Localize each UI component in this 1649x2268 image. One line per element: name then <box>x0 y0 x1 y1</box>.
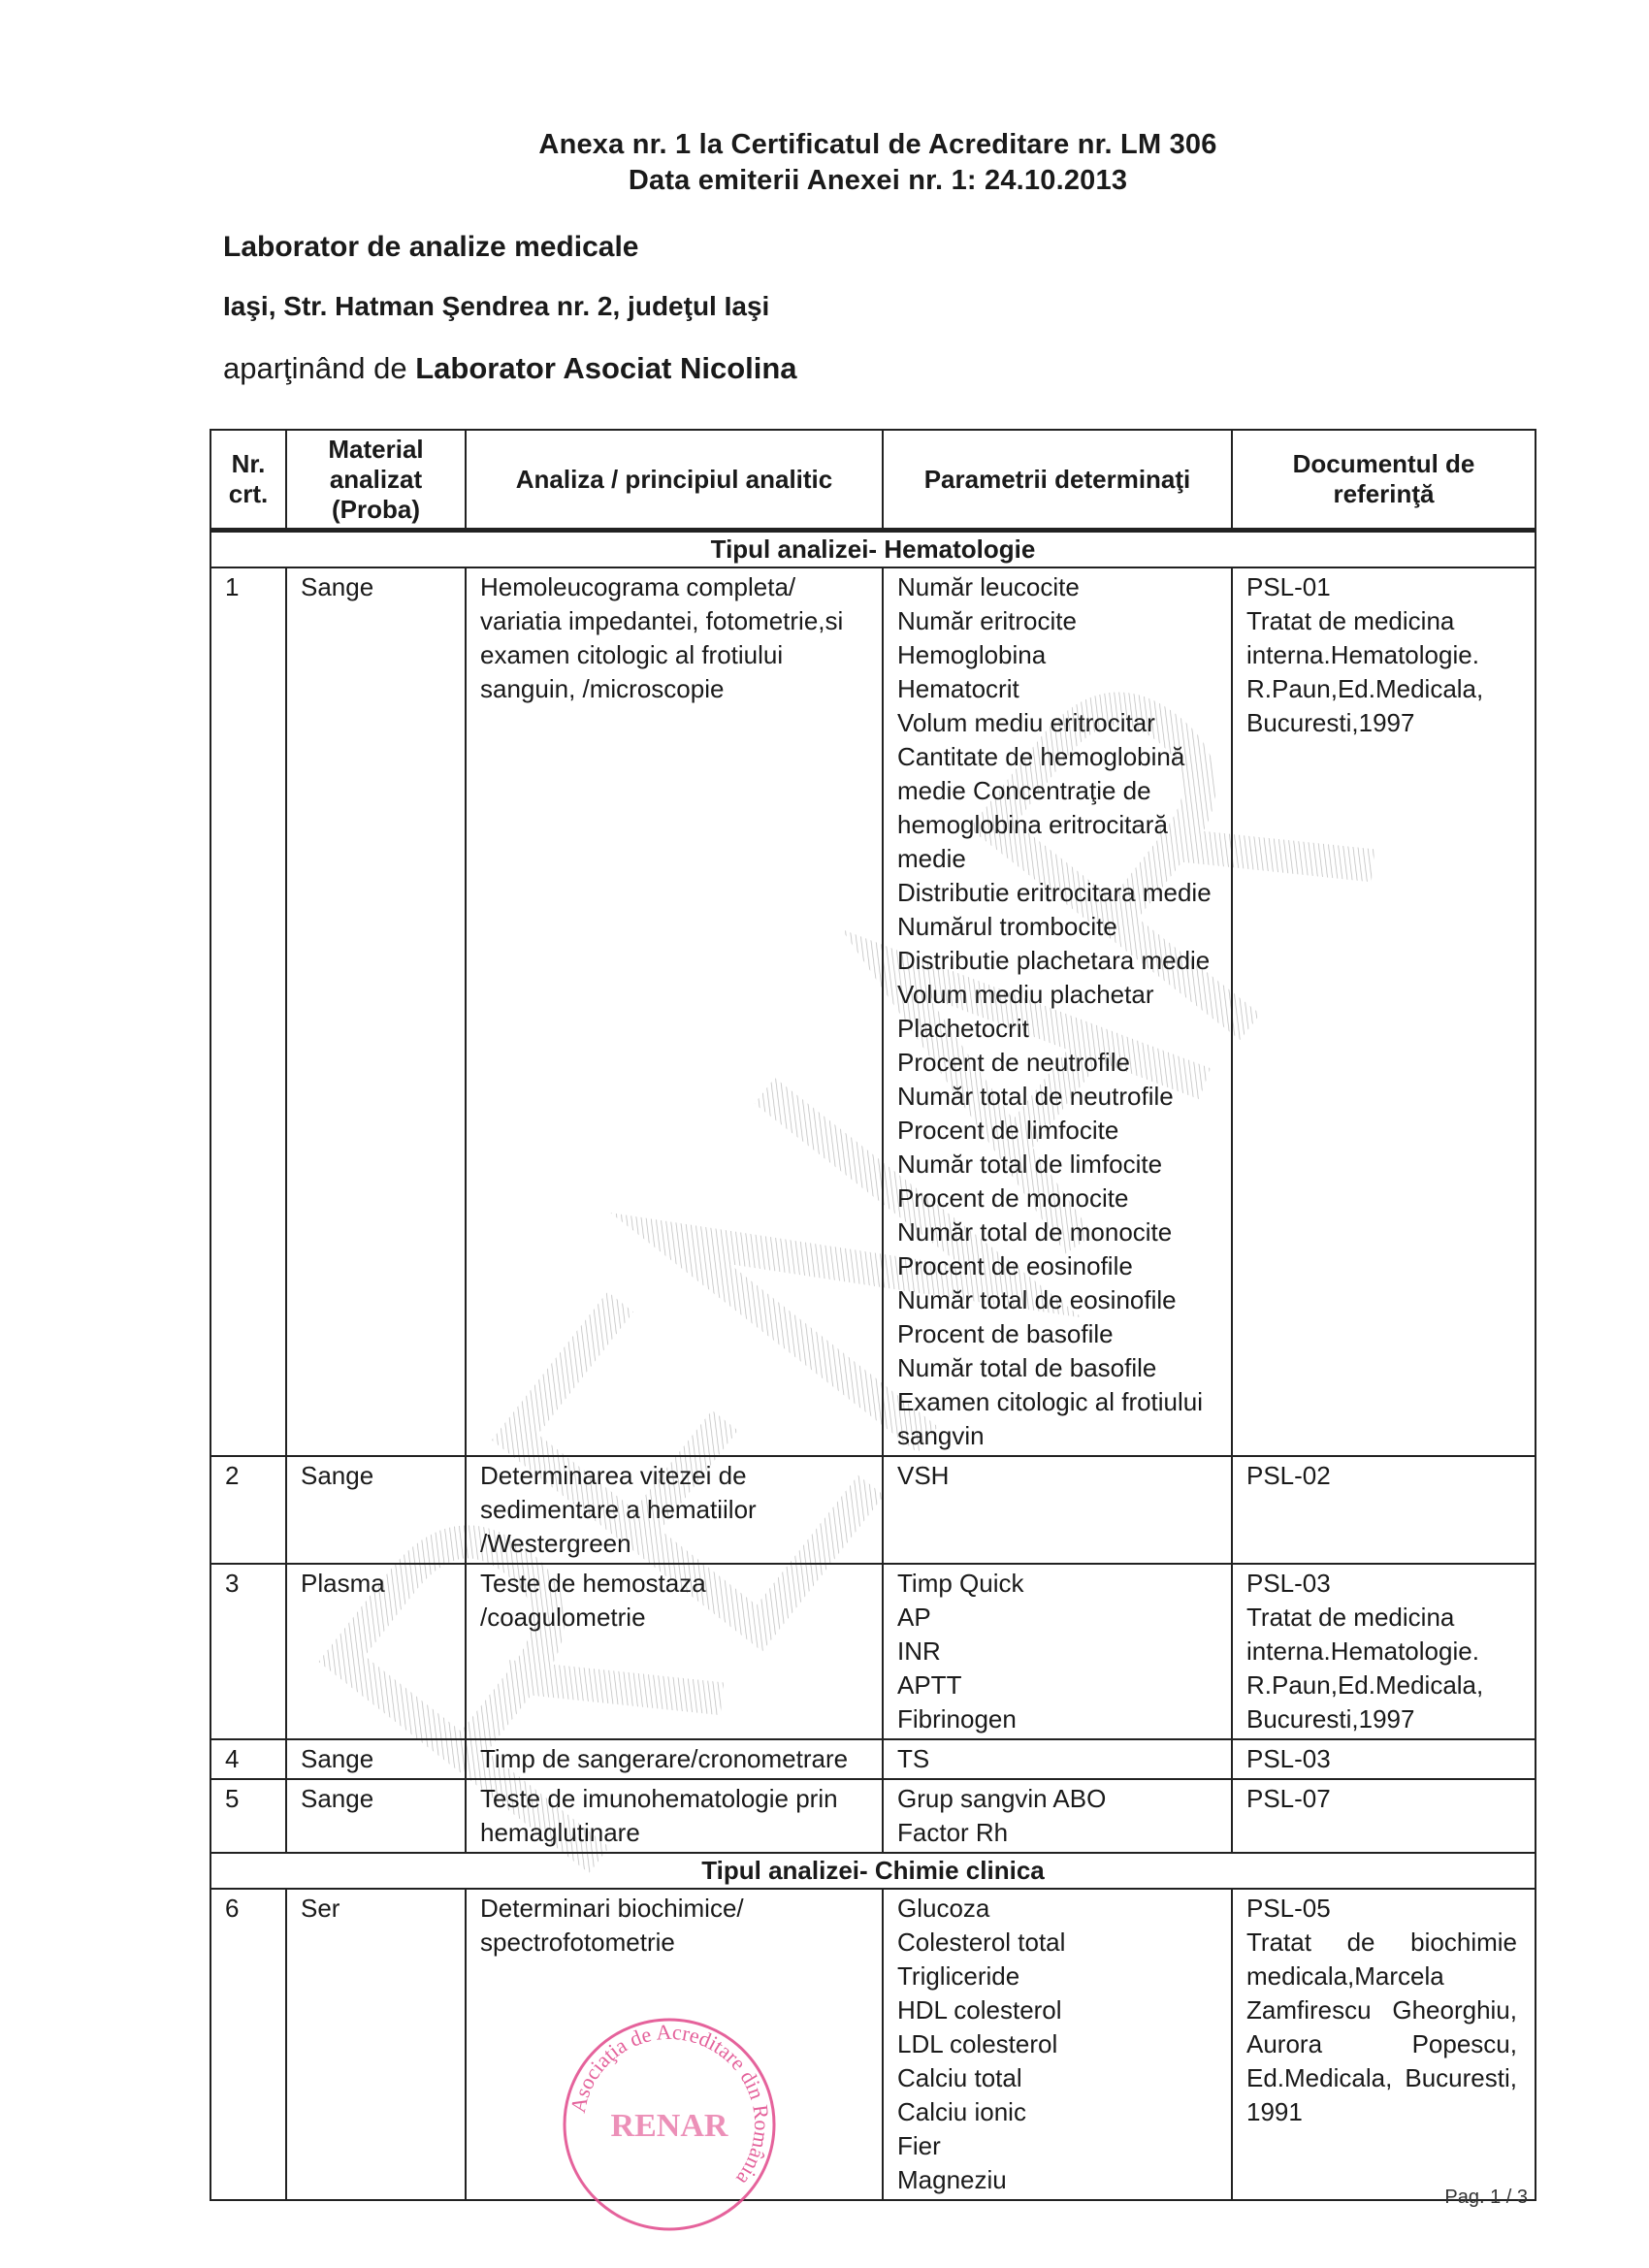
parameter-item: Factor Rh <box>897 1816 1217 1850</box>
column-header-reference: Documentul de referinţă <box>1232 430 1536 531</box>
cell-material: Sange <box>286 567 466 1456</box>
reference-line: interna.Hematologie. <box>1246 638 1521 672</box>
parameter-item: VSH <box>897 1459 1217 1493</box>
parameter-item: Calciu total <box>897 2061 1217 2095</box>
parameter-item: Grup sangvin ABO <box>897 1782 1217 1816</box>
table-header-row: Nr. crt. Material analizat (Proba) Anali… <box>210 430 1536 531</box>
parameter-item: INR <box>897 1635 1217 1669</box>
parameter-item: Colesterol total <box>897 1926 1217 1960</box>
cell-parameters: VSH <box>883 1456 1232 1564</box>
parameter-item: Glucoza <box>897 1892 1217 1926</box>
cell-nr: 4 <box>210 1739 286 1779</box>
cell-reference: PSL-05Tratat de biochimie medicala,Marce… <box>1232 1889 1536 2200</box>
cell-reference: PSL-03 <box>1232 1739 1536 1779</box>
parameter-item: AP <box>897 1601 1217 1635</box>
cell-reference: PSL-02 <box>1232 1456 1536 1564</box>
section-row: Tipul analizei- Chimie clinica <box>210 1853 1536 1889</box>
cell-material: Ser <box>286 1889 466 2200</box>
cell-analysis: Determinarea vitezei de sedimentare a he… <box>466 1456 883 1564</box>
parameter-item: APTT <box>897 1669 1217 1702</box>
cell-parameters: Număr leucociteNumăr eritrociteHemoglobi… <box>883 567 1232 1456</box>
parameter-item: TS <box>897 1742 1217 1776</box>
parameter-item: Magneziu <box>897 2163 1217 2197</box>
reference-line: Bucuresti,1997 <box>1246 1702 1521 1736</box>
reference-line: Tratat de medicina <box>1246 1601 1521 1635</box>
parameter-item: Fibrinogen <box>897 1702 1217 1736</box>
parameter-item: Număr eritrocite <box>897 604 1217 638</box>
parameter-item: Număr total de eosinofile <box>897 1283 1217 1317</box>
cell-material: Sange <box>286 1739 466 1779</box>
parameter-item: Număr total de neutrofile <box>897 1080 1217 1114</box>
laboratory-address: Iaşi, Str. Hatman Şendrea nr. 2, judeţul… <box>223 291 769 322</box>
section-row: Tipul analizei- Hematologie <box>210 531 1536 568</box>
cell-parameters: TS <box>883 1739 1232 1779</box>
cell-analysis: Teste de hemostaza /coagulometrie <box>466 1564 883 1739</box>
owner-prefix: aparţinând de <box>223 351 415 385</box>
accreditation-scope-table: Nr. crt. Material analizat (Proba) Anali… <box>210 429 1536 2201</box>
parameter-item: Procent de limfocite <box>897 1114 1217 1148</box>
laboratory-owner: aparţinând de Laborator Asociat Nicolina <box>223 351 797 386</box>
reference-line: PSL-03 <box>1246 1742 1521 1776</box>
table-row: 4SangeTimp de sangerare/cronometrareTSPS… <box>210 1739 1536 1779</box>
reference-code: PSL-05 <box>1246 1892 1521 1926</box>
parameter-item: medie <box>897 842 1217 876</box>
parameter-item: Cantitate de hemoglobină <box>897 740 1217 774</box>
parameter-item: Calciu ionic <box>897 2095 1217 2129</box>
annex-title: Anexa nr. 1 la Certificatul de Acreditar… <box>0 129 1649 161</box>
section-title: Tipul analizei- Hematologie <box>210 531 1536 568</box>
cell-nr: 2 <box>210 1456 286 1564</box>
cell-parameters: GlucozaColesterol totalTriglicerideHDL c… <box>883 1889 1232 2200</box>
cell-material: Sange <box>286 1456 466 1564</box>
parameter-item: Examen citologic al frotiului <box>897 1385 1217 1419</box>
parameter-item: Număr total de limfocite <box>897 1148 1217 1182</box>
annex-issue-date: Data emiterii Anexei nr. 1: 24.10.2013 <box>0 165 1649 197</box>
cell-parameters: Grup sangvin ABOFactor Rh <box>883 1779 1232 1853</box>
reference-text: Tratat de biochimie medicala,Marcela Zam… <box>1246 1926 1521 2129</box>
parameter-item: Volum mediu plachetar <box>897 978 1217 1012</box>
parameter-item: Trigliceride <box>897 1960 1217 1993</box>
parameter-item: Hematocrit <box>897 672 1217 706</box>
reference-line: Tratat de medicina <box>1246 604 1521 638</box>
reference-line: R.Paun,Ed.Medicala, <box>1246 672 1521 706</box>
parameter-item: Hemoglobina <box>897 638 1217 672</box>
table-row: 1SangeHemoleucograma completa/ variatia … <box>210 567 1536 1456</box>
page-number: Pag. 1 / 3 <box>1444 2187 1528 2209</box>
document-page: Anexa nr. 1 la Certificatul de Acreditar… <box>0 0 1649 2268</box>
cell-material: Sange <box>286 1779 466 1853</box>
reference-line: PSL-02 <box>1246 1459 1521 1493</box>
parameter-item: Procent de basofile <box>897 1317 1217 1351</box>
parameter-item: sangvin <box>897 1419 1217 1453</box>
parameter-item: hemoglobina eritrocitară <box>897 808 1217 842</box>
parameter-item: medie Concentraţie de <box>897 774 1217 808</box>
parameter-item: HDL colesterol <box>897 1993 1217 2027</box>
reference-line: Bucuresti,1997 <box>1246 706 1521 740</box>
cell-nr: 3 <box>210 1564 286 1739</box>
cell-analysis: Teste de imunohematologie prin hemagluti… <box>466 1779 883 1853</box>
parameter-item: Numărul trombocite <box>897 910 1217 944</box>
reference-line: PSL-07 <box>1246 1782 1521 1816</box>
cell-parameters: Timp QuickAPINRAPTTFibrinogen <box>883 1564 1232 1739</box>
cell-reference: PSL-01Tratat de medicinainterna.Hematolo… <box>1232 567 1536 1456</box>
laboratory-name: Laborator de analize medicale <box>223 231 638 264</box>
cell-nr: 5 <box>210 1779 286 1853</box>
column-header-nr: Nr. crt. <box>210 430 286 531</box>
parameter-item: Timp Quick <box>897 1567 1217 1601</box>
parameter-item: Număr total de monocite <box>897 1215 1217 1249</box>
reference-line: PSL-03 <box>1246 1567 1521 1601</box>
parameter-item: Procent de eosinofile <box>897 1249 1217 1283</box>
parameter-item: LDL colesterol <box>897 2027 1217 2061</box>
column-header-material: Material analizat (Proba) <box>286 430 466 531</box>
column-header-parameters: Parametrii determinaţi <box>883 430 1232 531</box>
parameter-item: Volum mediu eritrocitar <box>897 706 1217 740</box>
cell-analysis: Determinari biochimice/ spectrofotometri… <box>466 1889 883 2200</box>
cell-reference: PSL-07 <box>1232 1779 1536 1853</box>
reference-line: interna.Hematologie. <box>1246 1635 1521 1669</box>
cell-nr: 1 <box>210 567 286 1456</box>
table-row: 2SangeDeterminarea vitezei de sedimentar… <box>210 1456 1536 1564</box>
parameter-item: Număr leucocite <box>897 570 1217 604</box>
column-header-analysis: Analiza / principiul analitic <box>466 430 883 531</box>
cell-reference: PSL-03Tratat de medicinainterna.Hematolo… <box>1232 1564 1536 1739</box>
parameter-item: Procent de neutrofile <box>897 1046 1217 1080</box>
cell-material: Plasma <box>286 1564 466 1739</box>
parameter-item: Distributie plachetara medie <box>897 944 1217 978</box>
parameter-item: Număr total de basofile <box>897 1351 1217 1385</box>
owner-name: Laborator Asociat Nicolina <box>415 351 796 385</box>
reference-line: PSL-01 <box>1246 570 1521 604</box>
cell-nr: 6 <box>210 1889 286 2200</box>
cell-analysis: Hemoleucograma completa/ variatia impeda… <box>466 567 883 1456</box>
parameter-item: Procent de monocite <box>897 1182 1217 1215</box>
cell-analysis: Timp de sangerare/cronometrare <box>466 1739 883 1779</box>
section-title: Tipul analizei- Chimie clinica <box>210 1853 1536 1889</box>
parameter-item: Fier <box>897 2129 1217 2163</box>
table-row: 6SerDeterminari biochimice/ spectrofotom… <box>210 1889 1536 2200</box>
table-row: 3PlasmaTeste de hemostaza /coagulometrie… <box>210 1564 1536 1739</box>
parameter-item: Plachetocrit <box>897 1012 1217 1046</box>
reference-line: R.Paun,Ed.Medicala, <box>1246 1669 1521 1702</box>
table-row: 5SangeTeste de imunohematologie prin hem… <box>210 1779 1536 1853</box>
parameter-item: Distributie eritrocitara medie <box>897 876 1217 910</box>
